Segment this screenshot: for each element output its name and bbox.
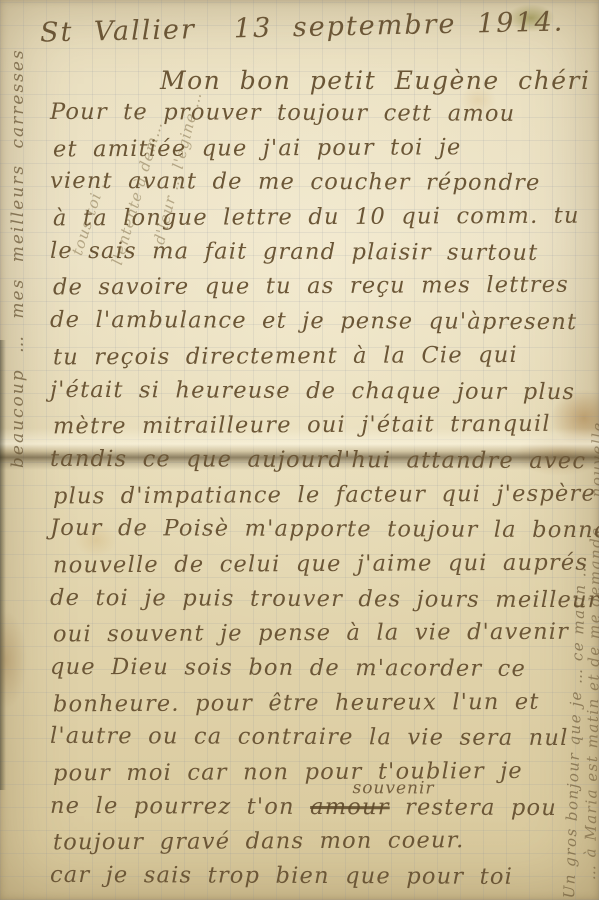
letter-salutation: Mon bon petit Eugène chéri — [160, 66, 590, 95]
letter-line: mètre mitrailleure oui j'était tranquil — [53, 411, 593, 449]
line-text: Jour de Poisè m'apporte toujour la bonne — [50, 515, 599, 543]
letter-body: Pour te prouver toujour cett amou et ami… — [50, 100, 590, 898]
letter-line: de toi je puis trouver des jours meilleu… — [50, 584, 590, 621]
line-text: bonheure. pour être heureux l'un et — [53, 689, 540, 718]
line-text: tandis ce que aujourd'hui attandre avec — [50, 446, 586, 474]
line-text: et amitiée que j'ai pour toi je — [53, 134, 462, 162]
letter-line: de l'ambulance et je pense qu'àpresent — [50, 307, 590, 344]
letter-place: St Vallier — [40, 14, 196, 48]
letter-line: souvenirne le pourrez t'on amour restera… — [50, 793, 590, 830]
line-text: de l'ambulance et je pense qu'àpresent — [50, 307, 577, 335]
letter-line: l'autre ou ca contraire la vie sera nul — [50, 723, 590, 760]
letter-line: bonheure. pour être heureux l'un et — [53, 688, 593, 726]
inserted-word-above-line: souvenir — [352, 778, 434, 798]
letter-line: et amitiée que j'ai pour toi je — [53, 133, 593, 171]
line-text: plus d'impatiance le facteur qui j'espèr… — [53, 480, 596, 509]
letter-scan: St Vallier13 septembre 1914. Mon bon pet… — [0, 0, 599, 900]
letter-line: le sais ma fait grand plaisir surtout — [50, 238, 590, 275]
line-text: j'était si heureuse de chaque jour plus — [50, 376, 575, 404]
line-text: car je sais trop bien que pour toi — [50, 862, 513, 890]
letter-line: pour moi car non pour t'oublier je — [53, 758, 593, 796]
letter-line: tandis ce que aujourd'hui attandre avec — [50, 446, 590, 483]
letter-line: plus d'impatiance le facteur qui j'espèr… — [53, 480, 593, 518]
letter-line: nouvelle de celui que j'aime qui auprés — [53, 550, 593, 588]
line-text: que Dieu sois bon de m'acorder ce — [50, 654, 526, 682]
paper-left-edge — [0, 340, 6, 790]
line-text: de toi je puis trouver des jours meilleu… — [50, 584, 599, 612]
spacer — [196, 37, 234, 38]
line-text: oui souvent je pense à la vie d'avenir — [53, 619, 569, 648]
letter-line: vient avant de me coucher répondre — [50, 168, 590, 205]
letter-line: oui souvent je pense à la vie d'avenir — [53, 619, 593, 657]
letter-line: car je sais trop bien que pour toi — [50, 862, 590, 899]
letter-line: j'était si heureuse de chaque jour plus — [50, 376, 590, 413]
line-text: de savoire que tu as reçu mes lettres — [53, 272, 569, 301]
letter-line: tu reçois directement à la Cie qui — [53, 341, 593, 379]
line-text: l'autre ou ca contraire la vie sera nul — [50, 723, 569, 751]
line-text: vient avant de me coucher répondre — [50, 168, 541, 196]
line-text: à ta longue lettre du 10 qui comm. tu — [53, 203, 580, 232]
letter-line: que Dieu sois bon de m'acorder ce — [50, 654, 590, 691]
line-text: le sais ma fait grand plaisir surtout — [50, 238, 538, 266]
letter-line: toujour gravé dans mon coeur. — [53, 827, 593, 865]
line-text: pour moi car non pour t'oublier je — [53, 758, 523, 786]
line-text: tu reçois directement à la Cie qui — [53, 342, 518, 370]
line-text: toujour gravé dans mon coeur. — [53, 828, 465, 856]
line-text: nouvelle de celui que j'aime qui auprés — [53, 550, 588, 579]
line-text: mètre mitrailleure oui j'était tranquil — [53, 411, 551, 440]
letter-line: de savoire que tu as reçu mes lettres — [53, 272, 593, 310]
margin-note-left-vertical: beaucoup … mes meilleurs carresses — [8, 48, 28, 468]
letter-line: Jour de Poisè m'apporte toujour la bonne — [50, 515, 590, 552]
letter-line: Pour te prouver toujour cett amou — [50, 99, 590, 136]
letter-line: à ta longue lettre du 10 qui comm. tu — [53, 203, 593, 241]
letter-date: 13 septembre 1914. — [234, 7, 565, 45]
line-text: ne le pourrez t'on — [50, 793, 310, 820]
letter-dateline: St Vallier13 septembre 1914. — [40, 7, 565, 49]
line-text: Pour te prouver toujour cett amou — [50, 99, 515, 127]
